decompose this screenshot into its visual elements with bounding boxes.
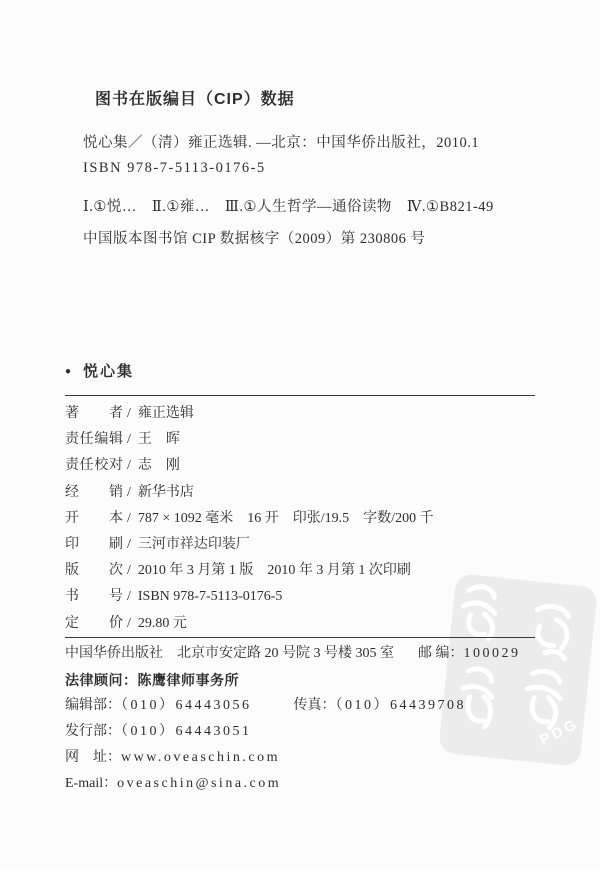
- cip-bibliographic-line: 悦心集／（清）雍正选辑. —北京：中国华侨出版社，2010.1: [83, 131, 479, 152]
- colophon-row-isbn: 书号/ISBN 978-7-5113-0176-5: [65, 584, 434, 610]
- row-label: 开本: [65, 506, 123, 532]
- row-label: 著者: [65, 401, 123, 427]
- book-title-row: ●悦心集: [65, 360, 134, 381]
- distribution-phone-line: 发行部：（010）64443051: [65, 719, 575, 745]
- postcode-label: 邮 编：: [418, 646, 464, 661]
- colophon-row-editor: 责任编辑/王 晖: [65, 427, 434, 453]
- row-separator: /: [127, 532, 131, 558]
- divider-top: [65, 395, 535, 396]
- row-separator: /: [127, 558, 131, 584]
- cip-classification-line: Ⅰ.①悦… Ⅱ.①雍… Ⅲ.①人生哲学—通俗读物 Ⅳ.①B821-49: [83, 195, 494, 216]
- website-line: 网 址：www.oveaschin.com: [65, 745, 575, 771]
- row-value: 新华书店: [138, 485, 194, 500]
- editorial-phone: （010）64443056: [121, 698, 252, 713]
- colophon-row-price: 定价/29.80 元: [65, 611, 434, 637]
- row-value: 三河市祥达印装厂: [138, 537, 250, 552]
- legal-counsel-line: 法律顾问：陈鹰律师事务所: [65, 667, 575, 693]
- editorial-phone-line: 编辑部：（010）64443056传真：（010）64439708: [65, 693, 575, 719]
- row-label: 书号: [65, 584, 123, 610]
- row-separator: /: [127, 453, 131, 479]
- row-separator: /: [127, 480, 131, 506]
- row-separator: /: [127, 401, 131, 427]
- row-label: 责任校对: [65, 453, 123, 479]
- divider-bottom: [65, 637, 535, 638]
- website-url: www.oveaschin.com: [121, 750, 280, 765]
- email-line: E-mail：oveaschin@sina.com: [65, 771, 575, 797]
- postcode-value: 100029: [464, 646, 521, 661]
- row-label: 责任编辑: [65, 427, 123, 453]
- bullet-icon: ●: [65, 366, 73, 377]
- colophon-row-author: 著者/雍正选辑: [65, 401, 434, 427]
- row-value: 787 × 1092 毫米 16 开 印张/19.5 字数/200 千: [138, 511, 434, 526]
- copyright-page: PDG 图书在版编目（CIP）数据 悦心集／（清）雍正选辑. —北京：中国华侨出…: [0, 0, 600, 869]
- row-label: 定价: [65, 611, 123, 637]
- distribution-phone: （010）64443051: [121, 724, 252, 739]
- publisher-address: 中国华侨出版社 北京市安定路 20 号院 3 号楼 305 室: [65, 646, 394, 661]
- row-separator: /: [127, 427, 131, 453]
- fax-phone: （010）64439708: [336, 698, 467, 713]
- row-separator: /: [127, 506, 131, 532]
- row-value: 志 刚: [138, 458, 180, 473]
- row-label: 版次: [65, 558, 123, 584]
- publisher-address-line: 中国华侨出版社 北京市安定路 20 号院 3 号楼 305 室邮 编：10002…: [65, 641, 575, 667]
- colophon-table: 著者/雍正选辑 责任编辑/王 晖 责任校对/志 刚 经销/新华书店 开本/787…: [65, 401, 434, 637]
- email-address: oveaschin@sina.com: [117, 776, 281, 791]
- colophon-row-distributor: 经销/新华书店: [65, 480, 434, 506]
- row-value: 29.80 元: [138, 616, 187, 631]
- editorial-label: 编辑部：: [65, 698, 121, 713]
- row-value: 王 晖: [138, 432, 180, 447]
- row-separator: /: [127, 611, 131, 637]
- row-value: ISBN 978-7-5113-0176-5: [138, 589, 283, 604]
- row-label: 经销: [65, 480, 123, 506]
- row-separator: /: [127, 584, 131, 610]
- row-value: 2010 年 3 月第 1 版 2010 年 3 月第 1 次印刷: [138, 563, 411, 578]
- colophon-row-edition: 版次/2010 年 3 月第 1 版 2010 年 3 月第 1 次印刷: [65, 558, 434, 584]
- row-value: 雍正选辑: [138, 406, 194, 421]
- row-label: 印刷: [65, 532, 123, 558]
- colophon-row-format: 开本/787 × 1092 毫米 16 开 印张/19.5 字数/200 千: [65, 506, 434, 532]
- colophon-row-proofreader: 责任校对/志 刚: [65, 453, 434, 479]
- email-label: E-mail：: [65, 776, 117, 791]
- cip-heading: 图书在版编目（CIP）数据: [95, 86, 295, 109]
- cip-isbn-line: ISBN 978-7-5113-0176-5: [83, 160, 266, 177]
- fax-label: 传真：: [294, 698, 336, 713]
- publisher-info: 中国华侨出版社 北京市安定路 20 号院 3 号楼 305 室邮 编：10002…: [65, 641, 575, 797]
- cip-record-number-line: 中国版本图书馆 CIP 数据核字（2009）第 230806 号: [83, 227, 426, 248]
- website-label: 网 址：: [65, 750, 121, 765]
- book-title: 悦心集: [83, 363, 134, 380]
- colophon-row-printer: 印刷/三河市祥达印装厂: [65, 532, 434, 558]
- distribution-label: 发行部：: [65, 724, 121, 739]
